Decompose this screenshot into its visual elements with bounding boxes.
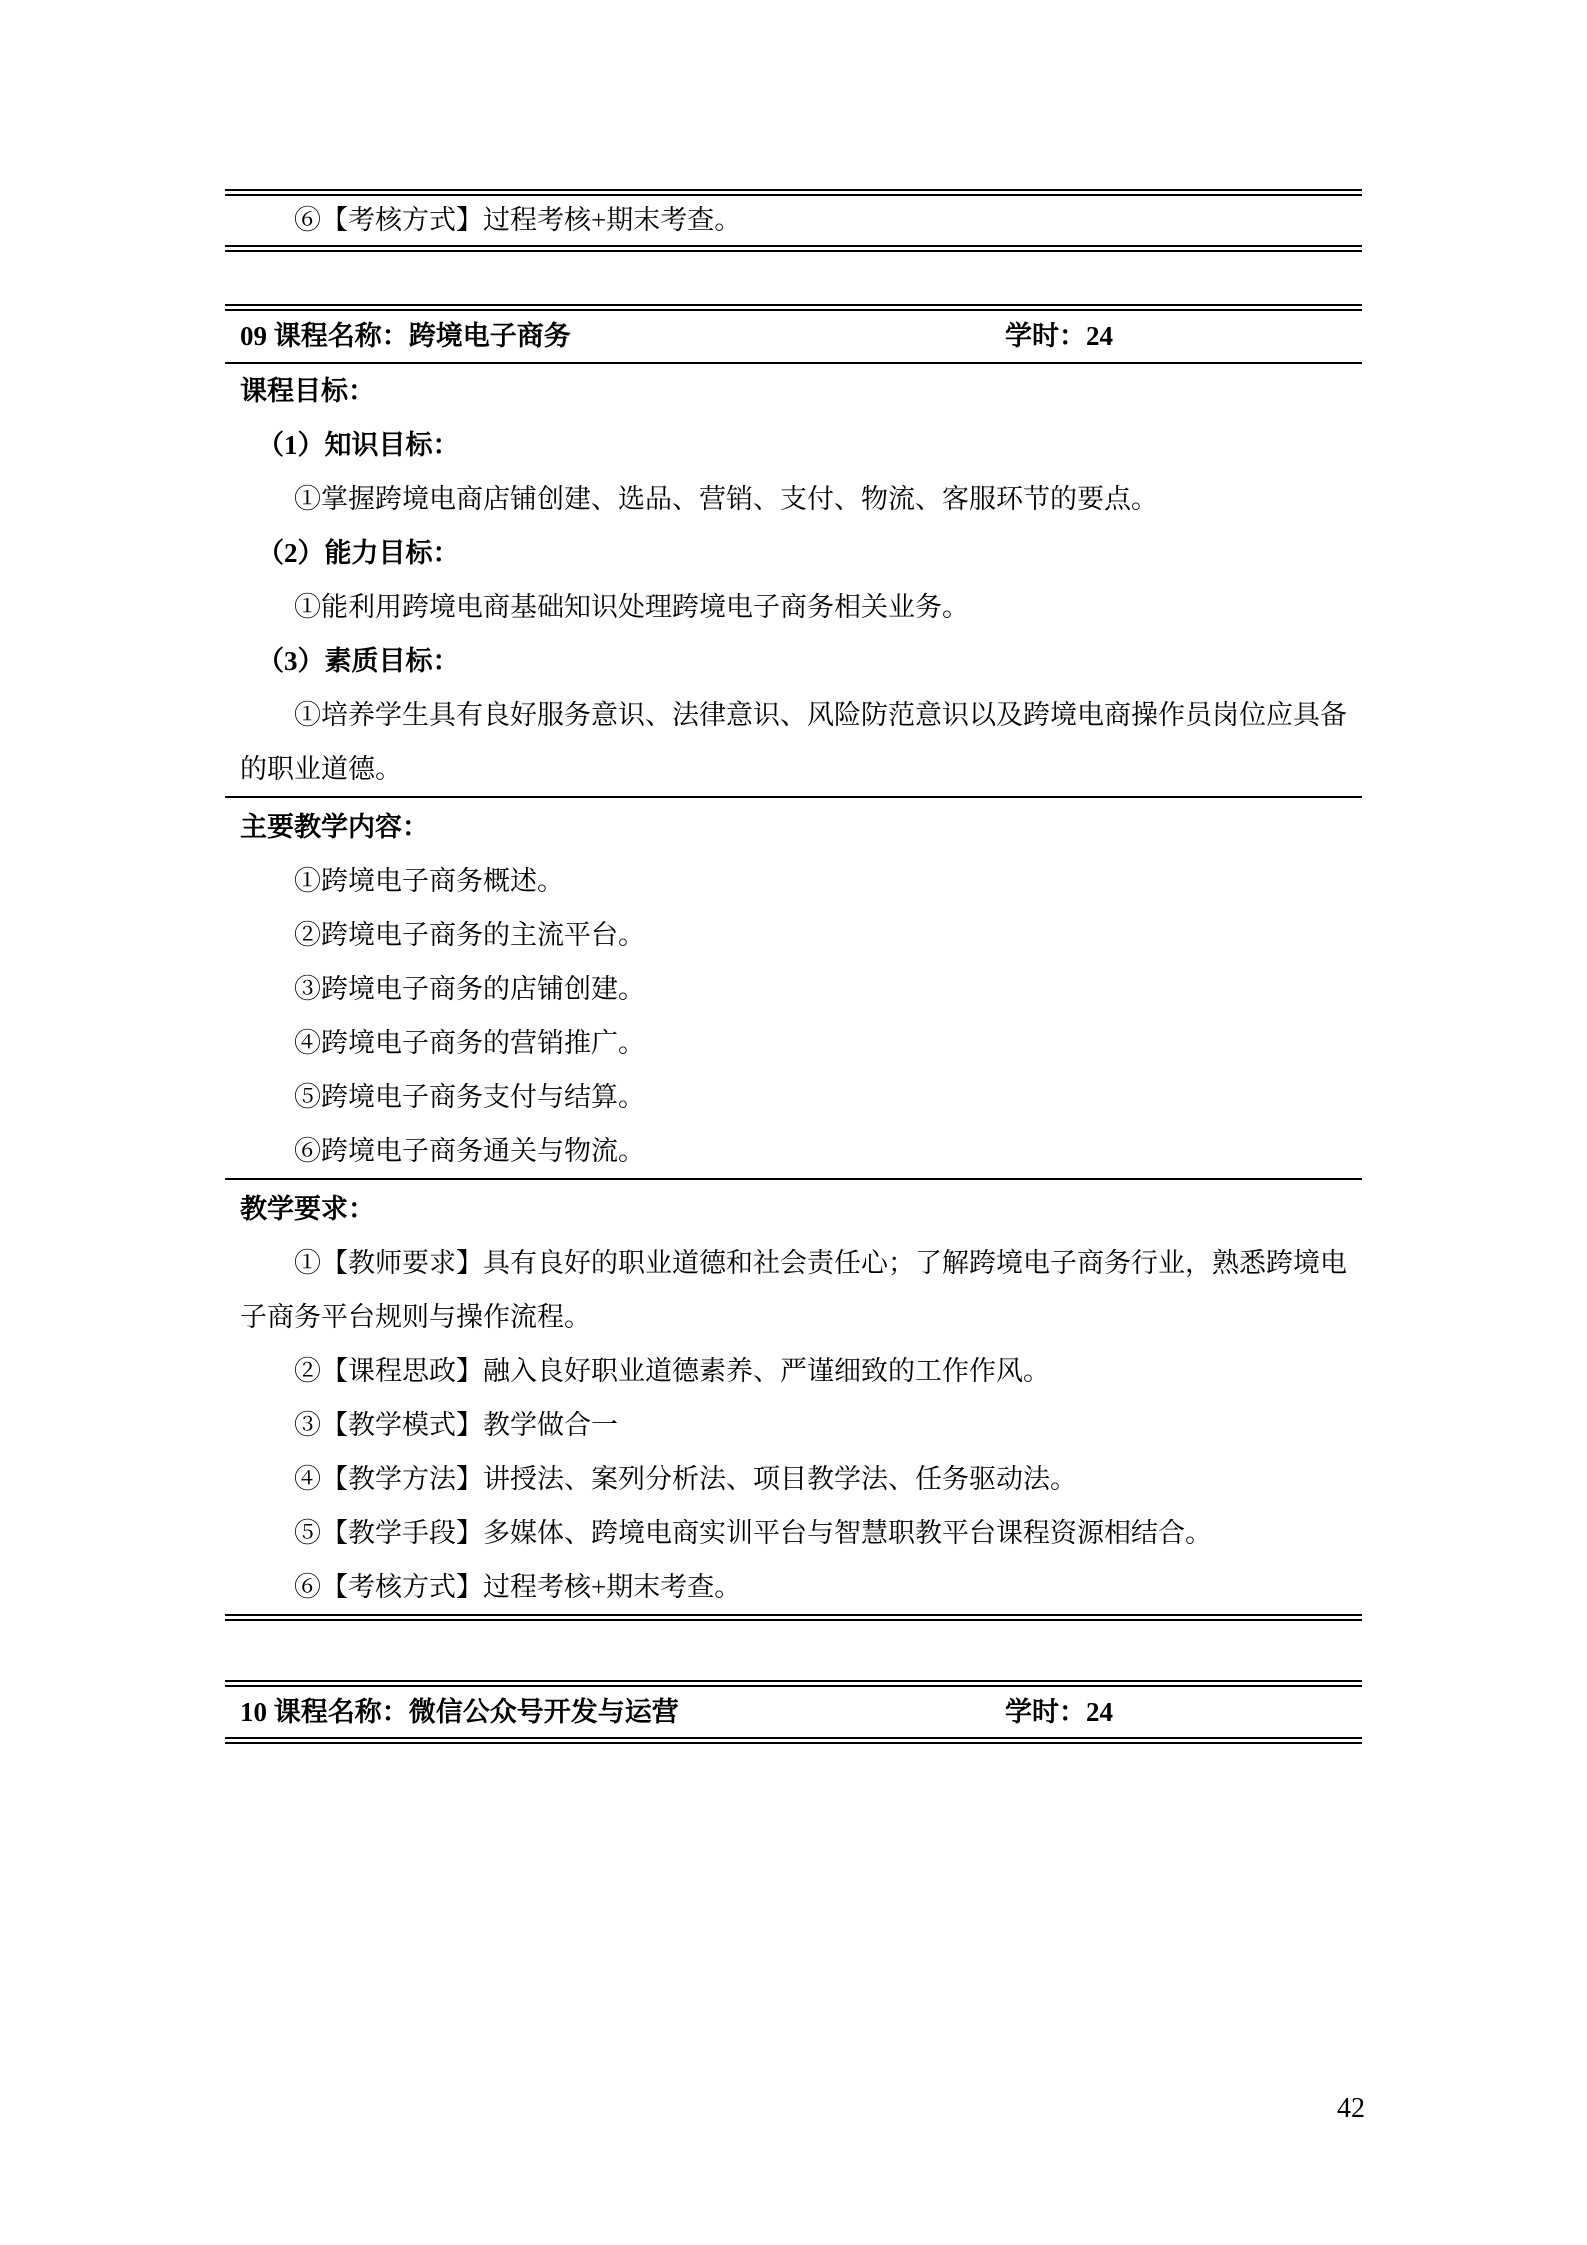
- course-09-header-row: 09 课程名称：跨境电子商务 学时：24: [225, 311, 1362, 362]
- prev-course-table: ⑥【考核方式】过程考核+期末考查。: [225, 189, 1362, 252]
- teaching-requirement-item: ②【课程思政】融入良好职业道德素养、严谨细致的工作作风。: [225, 1344, 1362, 1398]
- course-10-title: 10 课程名称：微信公众号开发与运营: [240, 1687, 679, 1737]
- table-top-border: [225, 1680, 1362, 1687]
- teaching-requirement-item: ④【教学方法】讲授法、案列分析法、项目教学法、任务驱动法。: [225, 1452, 1362, 1506]
- objectives-heading: 课程目标：: [225, 364, 1362, 418]
- assessment-method-item: ⑥【考核方式】过程考核+期末考查。: [225, 196, 1362, 245]
- teaching-requirement-item: ⑥【考核方式】过程考核+期末考查。: [225, 1560, 1362, 1614]
- page-number: 42: [1337, 2094, 1365, 2124]
- course-09-table: 09 课程名称：跨境电子商务 学时：24 课程目标： （1）知识目标： ①掌握跨…: [225, 304, 1362, 1621]
- knowledge-objective-item: ①掌握跨境电商店铺创建、选品、营销、支付、物流、客服环节的要点。: [225, 472, 1362, 526]
- teaching-content-item: ④跨境电子商务的营销推广。: [225, 1016, 1362, 1070]
- table-top-border: [225, 304, 1362, 311]
- teaching-requirement-item: ①【教师要求】具有良好的职业道德和社会责任心；了解跨境电子商务行业，熟悉跨境电子…: [225, 1236, 1362, 1344]
- table-top-border: [225, 189, 1362, 196]
- teaching-requirements-heading: 教学要求：: [225, 1182, 1362, 1236]
- quality-objective-item: ①培养学生具有良好服务意识、法律意识、风险防范意识以及跨境电商操作员岗位应具备的…: [225, 688, 1362, 796]
- quality-objective-heading: （3）素质目标：: [225, 634, 1362, 688]
- course-10-table: 10 课程名称：微信公众号开发与运营 学时：24: [225, 1680, 1362, 1744]
- teaching-content-item: ⑥跨境电子商务通关与物流。: [225, 1124, 1362, 1178]
- ability-objective-heading: （2）能力目标：: [225, 526, 1362, 580]
- teaching-content-item: ①跨境电子商务概述。: [225, 854, 1362, 908]
- ability-objective-item: ①能利用跨境电商基础知识处理跨境电子商务相关业务。: [225, 580, 1362, 634]
- course-10-hours: 学时：24: [1005, 1687, 1113, 1737]
- teaching-content-item: ②跨境电子商务的主流平台。: [225, 908, 1362, 962]
- course-09-title: 09 课程名称：跨境电子商务: [240, 311, 571, 362]
- teaching-content-item: ⑤跨境电子商务支付与结算。: [225, 1070, 1362, 1124]
- knowledge-objective-heading: （1）知识目标：: [225, 418, 1362, 472]
- course-objectives-section: 课程目标： （1）知识目标： ①掌握跨境电商店铺创建、选品、营销、支付、物流、客…: [225, 364, 1362, 796]
- table-bottom-border: [225, 1614, 1362, 1621]
- teaching-content-section: 主要教学内容： ①跨境电子商务概述。 ②跨境电子商务的主流平台。 ③跨境电子商务…: [225, 798, 1362, 1178]
- teaching-requirement-item: ③【教学模式】教学做合一: [225, 1398, 1362, 1452]
- teaching-content-item: ③跨境电子商务的店铺创建。: [225, 962, 1362, 1016]
- course-10-header-row: 10 课程名称：微信公众号开发与运营 学时：24: [225, 1687, 1362, 1737]
- table-bottom-border: [225, 1737, 1362, 1744]
- teaching-requirement-item: ⑤【教学手段】多媒体、跨境电商实训平台与智慧职教平台课程资源相结合。: [225, 1506, 1362, 1560]
- course-09-hours: 学时：24: [1005, 311, 1113, 362]
- table-bottom-border: [225, 245, 1362, 252]
- teaching-requirements-section: 教学要求： ①【教师要求】具有良好的职业道德和社会责任心；了解跨境电子商务行业，…: [225, 1180, 1362, 1614]
- teaching-content-heading: 主要教学内容：: [225, 800, 1362, 854]
